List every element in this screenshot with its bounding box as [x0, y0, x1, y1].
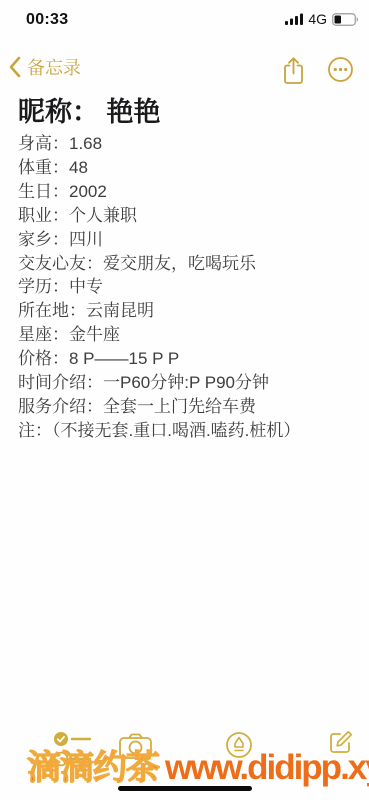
- markup-button[interactable]: [225, 731, 253, 759]
- network-type-label: 4G: [308, 11, 327, 27]
- camera-icon: [119, 733, 152, 759]
- compose-button[interactable]: [327, 729, 354, 756]
- chevron-left-icon: [8, 56, 21, 78]
- note-line-note: 注：（不接无套.重口.喝酒.嗑药.桩机）: [18, 419, 361, 443]
- note-body: 身高：1.68 体重：48 生日：2002 职业：个人兼职 家乡：四川 交友心友…: [18, 132, 361, 443]
- notes-toolbar: [0, 724, 369, 772]
- signal-strength-icon: [285, 13, 303, 25]
- note-line-occupation: 职业：个人兼职: [18, 204, 361, 228]
- note-line-social: 交友心友：爱交朋友，吃喝玩乐: [18, 252, 361, 276]
- share-button[interactable]: [282, 56, 305, 85]
- note-line-birthyear: 生日：2002: [18, 180, 361, 204]
- camera-button[interactable]: [119, 733, 152, 759]
- share-icon: [282, 56, 305, 85]
- checklist-icon: [52, 730, 94, 768]
- note-line-price: 价格：8 P——15 P P: [18, 347, 361, 371]
- note-line-service-info: 服务介绍：全套一上门先给车费: [18, 395, 361, 419]
- note-line-zodiac: 星座：金牛座: [18, 323, 361, 347]
- note-title: 昵称： 艳艳: [18, 90, 161, 129]
- home-indicator[interactable]: [118, 786, 252, 791]
- note-line-location: 所在地：云南昆明: [18, 299, 361, 323]
- clock: 00:33: [26, 11, 68, 29]
- note-line-weight: 体重：48: [18, 156, 361, 180]
- notes-app-screen: 00:33 4G: [0, 0, 369, 800]
- nav-bar: 备忘录: [0, 46, 369, 88]
- battery-icon: [332, 13, 359, 26]
- status-bar: 00:33 4G: [0, 0, 369, 32]
- markup-pen-icon: [225, 731, 253, 759]
- note-line-time-info: 时间介绍：一P60分钟:P P90分钟: [18, 371, 361, 395]
- note-line-hometown: 家乡：四川: [18, 228, 361, 252]
- back-button[interactable]: 备忘录: [8, 54, 81, 80]
- more-options-button[interactable]: [327, 56, 354, 83]
- status-indicators: 4G: [285, 11, 359, 27]
- note-line-education: 学历：中专: [18, 275, 361, 299]
- compose-icon: [327, 729, 354, 756]
- back-button-label: 备忘录: [27, 54, 81, 80]
- ellipsis-circle-icon: [327, 56, 354, 83]
- note-line-height: 身高：1.68: [18, 132, 361, 156]
- checklist-button[interactable]: [52, 730, 94, 768]
